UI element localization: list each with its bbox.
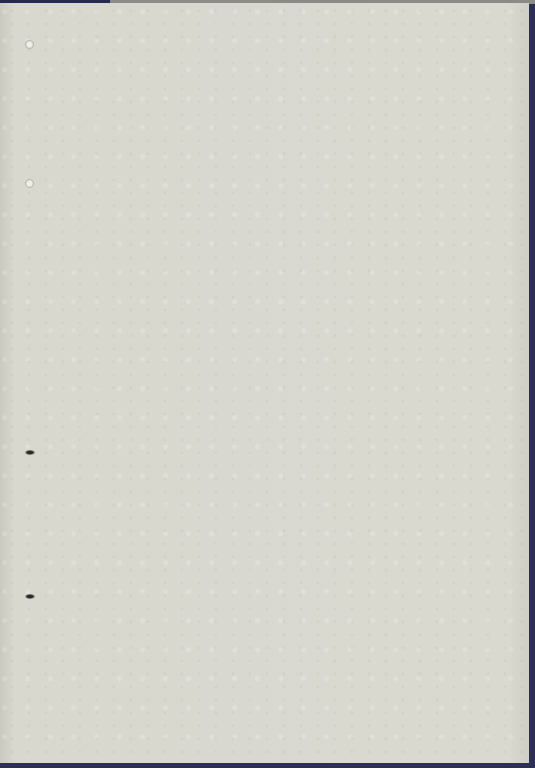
punch-hole [25, 40, 34, 49]
document-page [0, 3, 529, 763]
punch-hole [25, 450, 35, 455]
punch-hole [25, 179, 34, 188]
punch-hole [25, 594, 35, 599]
